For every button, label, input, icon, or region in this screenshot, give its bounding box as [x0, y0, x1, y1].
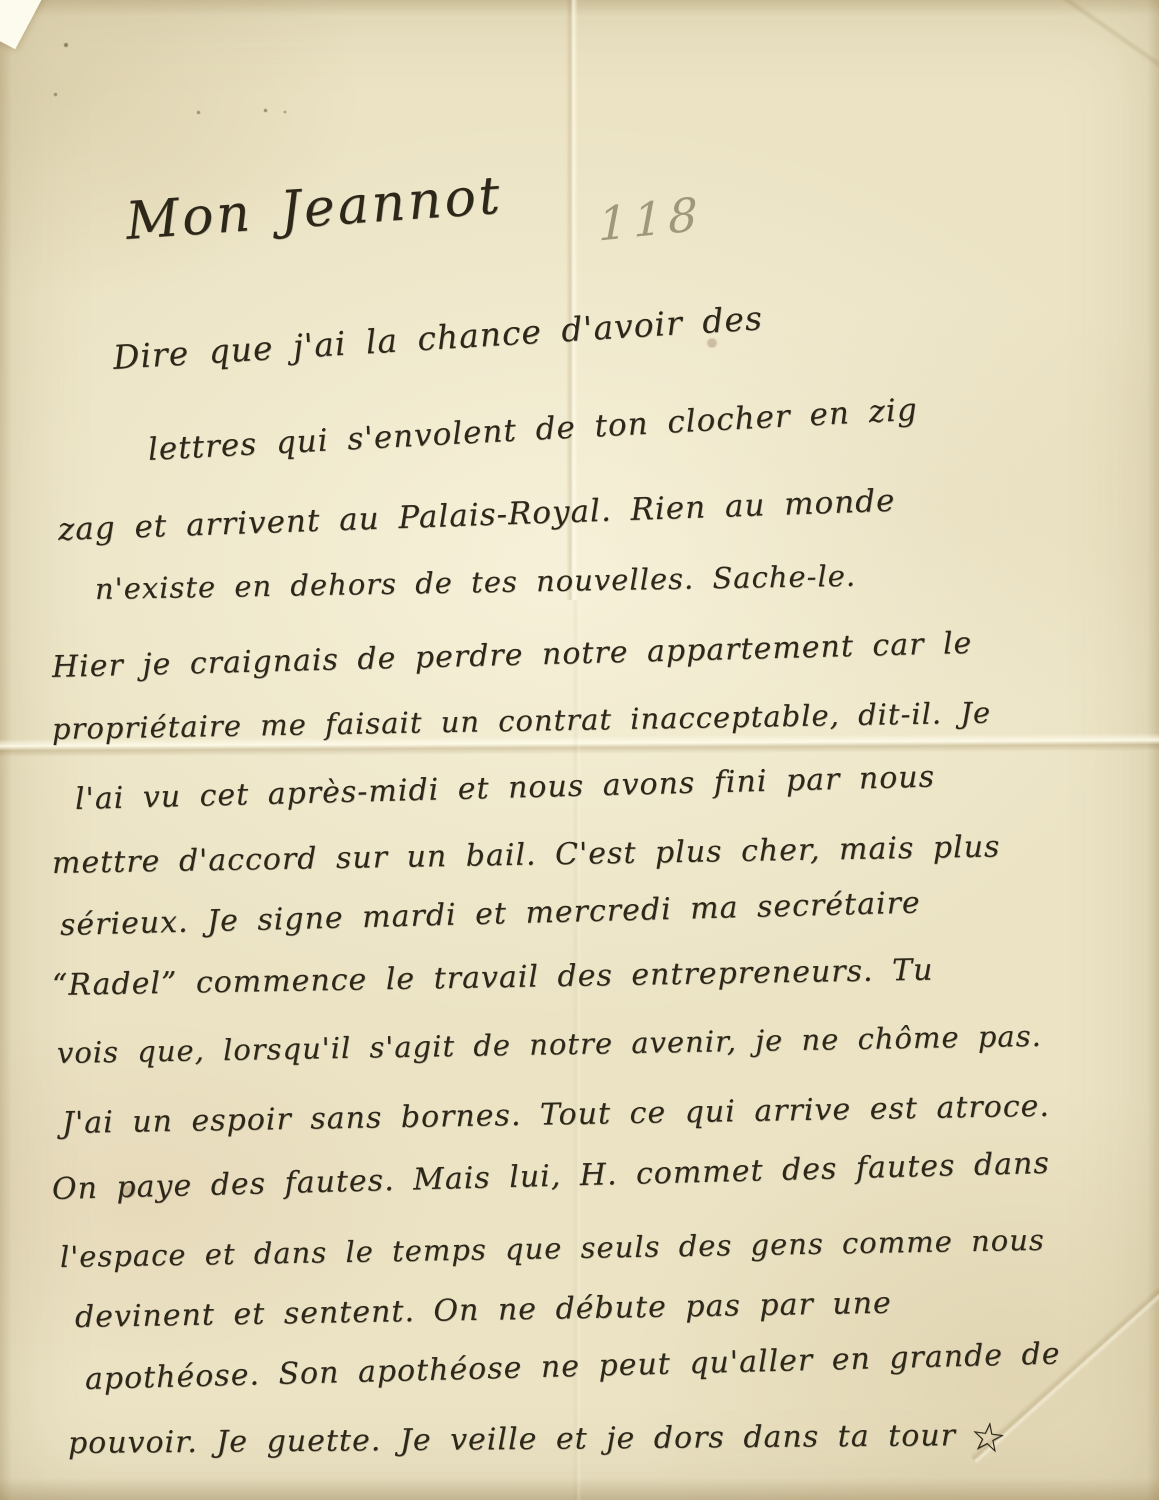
- letter-line: lettres qui s'envolent de ton clocher en…: [147, 392, 918, 468]
- letter-line: l'ai vu cet après-midi et nous avons fin…: [75, 759, 936, 817]
- pencil-page-number: 118: [598, 186, 703, 251]
- letter-line: Dire que j'ai la chance d'avoir des: [112, 298, 764, 377]
- letter-line: Hier je craignais de perdre notre appart…: [52, 626, 973, 685]
- letter-line: vois que, lorsqu'il s'agit de notre aven…: [57, 1019, 1042, 1070]
- letter-line-last: pouvoir. Je guette. Je veille et je dors…: [68, 1418, 1007, 1461]
- letter-line: propriétaire me faisait un contrat inacc…: [52, 696, 992, 746]
- letter-line: n'existe en dehors de tes nouvelles. Sac…: [95, 559, 857, 606]
- diagonal-crease-top-right: [1054, 0, 1159, 99]
- torn-corner-top-left: [0, 0, 43, 49]
- letter-line: J'ai un espoir sans bornes. Tout ce qui …: [62, 1089, 1050, 1141]
- letter-line: mettre d'accord sur un bail. C'est plus …: [52, 829, 1001, 881]
- cocteau-star-icon: ☆: [968, 1421, 1008, 1456]
- letter-line: zag et arrivent au Palais-Royal. Rien au…: [57, 483, 896, 548]
- salutation: Mon Jeannot: [124, 166, 505, 252]
- letter-line: “Radel” commence le travail des entrepre…: [52, 953, 934, 1003]
- letter-line: apothéose. Son apothéose ne peut qu'alle…: [85, 1336, 1061, 1397]
- letter-line: On paye des fautes. Mais lui, H. commet …: [52, 1146, 1051, 1207]
- letter-line: devinent et sentent. On ne débute pas pa…: [75, 1286, 892, 1335]
- letter-page: Mon Jeannot 118 Dire que j'ai la chance …: [0, 0, 1159, 1500]
- letter-line-text: pouvoir. Je guette. Je veille et je dors…: [68, 1418, 956, 1461]
- letter-line: l'espace et dans le temps que seuls des …: [60, 1223, 1045, 1274]
- letter-line: sérieux. Je signe mardi et mercredi ma s…: [60, 885, 922, 943]
